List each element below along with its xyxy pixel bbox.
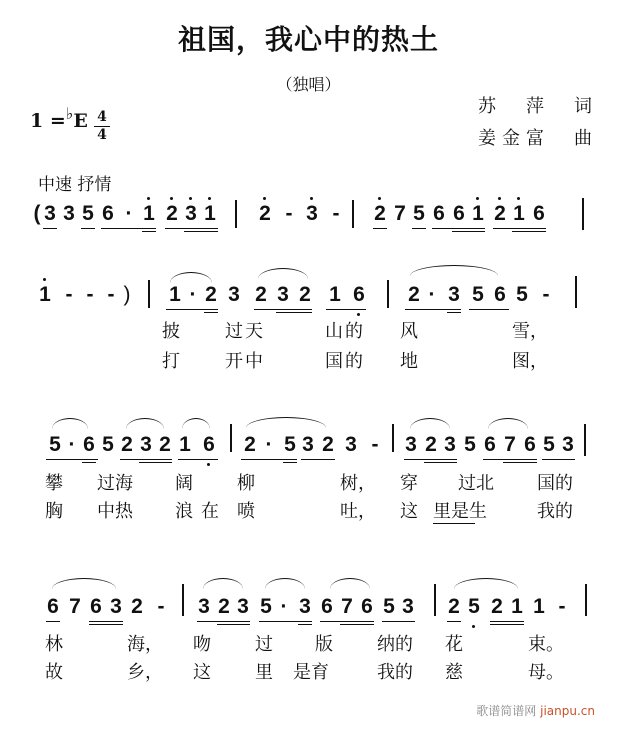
slur xyxy=(330,578,370,589)
lyric: 慈 xyxy=(445,663,463,683)
underline xyxy=(424,462,457,463)
barline xyxy=(387,280,389,308)
lyric: 版 xyxy=(315,635,333,655)
barline xyxy=(575,276,577,308)
barline xyxy=(148,280,150,308)
lyric: 我的 xyxy=(377,663,413,683)
lyric: 穿 xyxy=(400,474,418,494)
note: 3 xyxy=(227,283,241,307)
note: 5 xyxy=(382,595,396,619)
lyric: 胸 xyxy=(45,502,63,522)
underline xyxy=(404,459,457,460)
note: 2 xyxy=(373,202,387,226)
note: 2 xyxy=(217,595,231,619)
lyric: 过 xyxy=(255,635,273,655)
underline xyxy=(89,624,123,625)
note: 6 xyxy=(483,433,497,457)
note: 3 xyxy=(62,202,76,226)
lyric: 树， xyxy=(340,474,376,494)
underline xyxy=(447,312,461,313)
lyric: 纳的 xyxy=(377,635,413,655)
note: 2 xyxy=(493,202,507,226)
note: 6 xyxy=(46,595,60,619)
song-title: 祖国，我心中的热土 xyxy=(0,18,617,58)
lyric: 开中 xyxy=(225,352,265,372)
lyric: 这 xyxy=(193,663,211,683)
lyric: 花 xyxy=(445,635,463,655)
underline xyxy=(503,462,537,463)
note: 3 xyxy=(561,433,575,457)
underline xyxy=(82,462,96,463)
barline xyxy=(182,584,184,616)
watermark: 歌谱简谱网 jianpu.cn xyxy=(476,702,595,719)
slur xyxy=(265,578,305,589)
slur xyxy=(246,417,326,428)
time-signature: 4 4 xyxy=(94,110,110,143)
lyric: 雪， xyxy=(512,322,548,342)
slur xyxy=(170,272,212,283)
note-dash: - xyxy=(62,283,76,307)
note: 2 xyxy=(424,433,438,457)
lyric: 打 xyxy=(162,352,180,372)
lyric: 故 xyxy=(45,663,63,683)
underline xyxy=(178,459,218,460)
underline xyxy=(405,309,461,310)
underline xyxy=(452,231,485,232)
note: 3 xyxy=(43,202,57,226)
lyricist-credit: 苏 萍 词 xyxy=(478,92,598,118)
underline xyxy=(340,624,374,625)
note: 3 xyxy=(197,595,211,619)
note: 3 xyxy=(139,433,153,457)
note-dot: · xyxy=(425,283,439,307)
note-paren-open: ( xyxy=(30,202,44,226)
lyric: 过天 xyxy=(225,322,265,342)
lyric: 过海 xyxy=(97,474,133,494)
underline xyxy=(120,459,172,460)
note: 3 xyxy=(184,202,198,226)
underline xyxy=(512,231,546,232)
note: 7 xyxy=(393,202,407,226)
note: 1 xyxy=(142,202,156,226)
barline xyxy=(352,200,354,228)
note: 6 xyxy=(452,202,466,226)
note: 1 xyxy=(203,202,217,226)
underline xyxy=(276,312,312,313)
note: 3 xyxy=(443,433,457,457)
barline xyxy=(582,198,584,230)
underline xyxy=(301,459,335,460)
barline xyxy=(235,200,237,228)
note-dash: - xyxy=(282,202,296,226)
note: 6 xyxy=(320,595,334,619)
underline xyxy=(483,459,537,460)
note: 2 xyxy=(158,433,172,457)
slur xyxy=(52,578,116,589)
note: 3 xyxy=(344,433,358,457)
underline xyxy=(490,621,524,622)
note-paren-close: ) xyxy=(120,283,134,307)
slur xyxy=(410,265,498,276)
underline xyxy=(165,228,218,229)
lyric: 吐， xyxy=(340,502,376,522)
note-dash: - xyxy=(368,433,382,457)
time-sig-top: 4 xyxy=(94,110,110,125)
underline xyxy=(46,621,60,622)
note: 5 xyxy=(81,202,95,226)
lyric: 风 xyxy=(400,322,418,342)
note: 5 xyxy=(259,595,273,619)
underline xyxy=(283,462,297,463)
note: 3 xyxy=(301,433,315,457)
barline xyxy=(392,424,394,452)
note-dot: · xyxy=(186,283,200,307)
lyric: 里 xyxy=(255,663,273,683)
note: 6 xyxy=(352,283,366,307)
underline xyxy=(542,459,575,460)
lyric: 披 xyxy=(162,322,180,342)
underline xyxy=(101,228,156,229)
note: 1 xyxy=(38,283,52,307)
lyric: 这 xyxy=(400,502,418,522)
lyric: 柳 xyxy=(237,474,255,494)
lyric: 过北 xyxy=(458,474,494,494)
slur xyxy=(410,418,450,429)
note: 5 xyxy=(467,595,481,619)
lyric-underline xyxy=(433,523,475,524)
barline xyxy=(585,584,587,616)
note-dot: · xyxy=(277,595,291,619)
note: 7 xyxy=(68,595,82,619)
note: 3 xyxy=(447,283,461,307)
note: 6 xyxy=(532,202,546,226)
underline xyxy=(326,309,366,310)
note-dash: - xyxy=(83,283,97,307)
slur xyxy=(52,418,88,429)
lyric: 中热 xyxy=(97,502,133,522)
note: 3 xyxy=(404,433,418,457)
underline xyxy=(46,459,98,460)
note: 6 xyxy=(82,433,96,457)
note: 6 xyxy=(360,595,374,619)
underline xyxy=(447,621,461,622)
underline xyxy=(382,621,415,622)
key-note: E xyxy=(73,110,87,132)
underline xyxy=(81,228,95,229)
lyric: 吻 xyxy=(193,635,211,655)
underline xyxy=(490,624,524,625)
underline xyxy=(197,621,250,622)
lyric: 国的 xyxy=(325,352,365,372)
note: 1 xyxy=(168,283,182,307)
lyric: 浪在 xyxy=(175,502,227,522)
tempo-marking: 中速 抒情 xyxy=(38,170,111,195)
note: 6 xyxy=(493,283,507,307)
note: 1 xyxy=(532,595,546,619)
lyric: 林 xyxy=(45,635,63,655)
note: 1 xyxy=(178,433,192,457)
underline xyxy=(373,228,387,229)
slur xyxy=(126,418,164,429)
slur xyxy=(182,418,210,429)
watermark-cn: 歌谱简谱网 xyxy=(476,704,536,718)
note: 3 xyxy=(109,595,123,619)
underline xyxy=(166,309,218,310)
note-dash: - xyxy=(539,283,553,307)
note: 6 xyxy=(101,202,115,226)
underline xyxy=(469,309,509,310)
underline xyxy=(217,624,250,625)
lyric: 国的 xyxy=(537,474,573,494)
underline xyxy=(204,312,218,313)
underline xyxy=(412,228,426,229)
note-dash: - xyxy=(104,283,118,307)
slur xyxy=(258,268,308,279)
note-dot: · xyxy=(122,202,136,226)
note: 6 xyxy=(523,433,537,457)
underline xyxy=(142,231,156,232)
note: 5 xyxy=(283,433,297,457)
underline xyxy=(241,459,297,460)
lyric: 山的 xyxy=(325,322,365,342)
note: 2 xyxy=(490,595,504,619)
lyric: 母。 xyxy=(528,663,564,683)
lyric: 束。 xyxy=(528,635,564,655)
lyric: 是育 xyxy=(293,663,329,683)
note: 2 xyxy=(254,283,268,307)
underline xyxy=(432,228,485,229)
note: 2 xyxy=(321,433,335,457)
note: 3 xyxy=(276,283,290,307)
underline xyxy=(298,624,312,625)
note-dash: - xyxy=(555,595,569,619)
flat-icon: ♭ xyxy=(66,104,74,123)
note: 3 xyxy=(305,202,319,226)
note: 1 xyxy=(328,283,342,307)
note: 5 xyxy=(48,433,62,457)
note: 5 xyxy=(542,433,556,457)
note: 7 xyxy=(340,595,354,619)
key-prefix: 1 = xyxy=(30,110,66,132)
slur xyxy=(454,578,518,589)
note: 3 xyxy=(401,595,415,619)
barline xyxy=(230,424,232,452)
lyric: 攀 xyxy=(45,474,63,494)
note: 2 xyxy=(165,202,179,226)
underline xyxy=(139,462,172,463)
lyric: 我的 xyxy=(537,502,573,522)
barline xyxy=(434,584,436,616)
key-signature: 1 =♭E xyxy=(30,110,88,132)
lyric: 海， xyxy=(127,635,163,655)
note: 5 xyxy=(463,433,477,457)
note: 6 xyxy=(202,433,216,457)
slur xyxy=(488,418,528,429)
barline xyxy=(584,424,586,456)
note: 2 xyxy=(243,433,257,457)
lyric: 喷 xyxy=(237,502,255,522)
note: 6 xyxy=(432,202,446,226)
underline xyxy=(89,621,123,622)
composer-credit: 姜金富 曲 xyxy=(478,124,598,150)
note: 2 xyxy=(204,283,218,307)
lyric: 阔 xyxy=(175,474,193,494)
note: 3 xyxy=(298,595,312,619)
underline xyxy=(259,621,312,622)
underline xyxy=(254,309,312,310)
note: 2 xyxy=(258,202,272,226)
lyric: 图， xyxy=(512,352,548,372)
note: 5 xyxy=(471,283,485,307)
underline xyxy=(43,228,57,229)
note-dot: · xyxy=(65,433,79,457)
note-dash: - xyxy=(154,595,168,619)
slur xyxy=(203,578,243,589)
underline xyxy=(184,231,218,232)
note: 2 xyxy=(447,595,461,619)
watermark-site: jianpu.cn xyxy=(540,704,595,718)
note: 5 xyxy=(412,202,426,226)
note: 7 xyxy=(503,433,517,457)
note: 1 xyxy=(471,202,485,226)
time-sig-bottom: 4 xyxy=(94,128,110,143)
underline xyxy=(493,228,546,229)
note: 5 xyxy=(515,283,529,307)
lyric: 里是生 xyxy=(433,502,487,522)
note: 2 xyxy=(298,283,312,307)
lyric: 地 xyxy=(400,352,418,372)
note: 2 xyxy=(120,433,134,457)
note: 1 xyxy=(512,202,526,226)
lyric: 乡， xyxy=(127,663,163,683)
note: 1 xyxy=(510,595,524,619)
note: 2 xyxy=(407,283,421,307)
note: 3 xyxy=(236,595,250,619)
note: 5 xyxy=(101,433,115,457)
note-dash: - xyxy=(329,202,343,226)
underline xyxy=(320,621,374,622)
note: 2 xyxy=(130,595,144,619)
note: 6 xyxy=(89,595,103,619)
note-dot: · xyxy=(262,433,276,457)
